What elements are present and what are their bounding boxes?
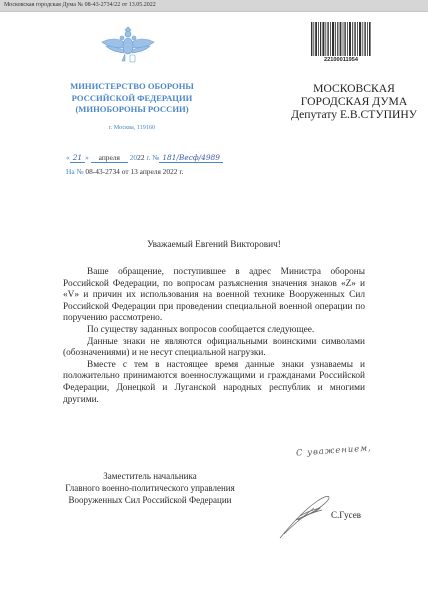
signer-name: С.Гусев (331, 510, 361, 520)
header-bar-text: Московская городская Дума № 08-43-2734/2… (4, 0, 156, 11)
reference-text: 08-43-2734 от 13 апреля 2022 г. (85, 167, 183, 176)
recipient-line-3: Депутату Е.В.СТУПИНУ (280, 108, 428, 121)
date-year-label: г. № (146, 153, 159, 162)
handwritten-regards: С уважением, (296, 442, 372, 457)
sender-city: г. Москва, 119160 (48, 124, 216, 131)
outgoing-number: 181/Весф/4989 (159, 153, 223, 163)
barcode (311, 22, 371, 56)
recipient-line-2: ГОРОДСКАЯ ДУМА (280, 95, 428, 108)
barcode-number: 22100011954 (311, 57, 371, 63)
document-header-bar: Московская городская Дума № 08-43-2734/2… (0, 0, 428, 12)
recipient-block: МОСКОВСКАЯ ГОРОДСКАЯ ДУМА Депутату Е.В.С… (280, 82, 428, 121)
letter-body: Ваше обращение, поступившее в адрес Мини… (63, 267, 365, 406)
reference-prefix: На № (66, 167, 84, 176)
sender-org-line-1: МИНИСТЕРСТВО ОБОРОНЫ (48, 81, 216, 93)
date-year-suffix: 22 (137, 153, 144, 162)
outgoing-date-line: «21» апреля 2022 г. №181/Весф/4989 (66, 153, 223, 163)
sender-org-line-2: РОССИЙСКОЙ ФЕДЕРАЦИИ (48, 93, 216, 105)
sender-org-line-3: (МИНОБОРОНЫ РОССИИ) (48, 104, 216, 116)
date-quote-close: » (85, 153, 89, 162)
signer-title: Заместитель начальника Главного военно-п… (62, 470, 238, 506)
signer-title-line-1: Заместитель начальника (62, 470, 238, 482)
paragraph: Данные знаки не являются официальными во… (63, 337, 365, 360)
sender-organization: МИНИСТЕРСТВО ОБОРОНЫ РОССИЙСКОЙ ФЕДЕРАЦИ… (48, 81, 216, 116)
paragraph: Ваше обращение, поступившее в адрес Мини… (63, 267, 365, 325)
recipient-line-1: МОСКОВСКАЯ (280, 82, 428, 95)
reference-line: На № 08-43-2734 от 13 апреля 2022 г. (66, 167, 183, 176)
double-headed-eagle-emblem-icon (100, 24, 156, 66)
date-month: апреля (91, 153, 128, 163)
signer-title-line-3: Вооруженных Сил Российской Федерации (62, 494, 238, 506)
date-day: 21 (70, 153, 85, 163)
greeting: Уважаемый Евгений Викторович! (0, 240, 428, 250)
signer-title-line-2: Главного военно-политического управления (62, 482, 238, 494)
paragraph: По существу заданных вопросов сообщается… (63, 325, 365, 337)
paragraph: Вместе с тем в настоящее время данные зн… (63, 360, 365, 406)
